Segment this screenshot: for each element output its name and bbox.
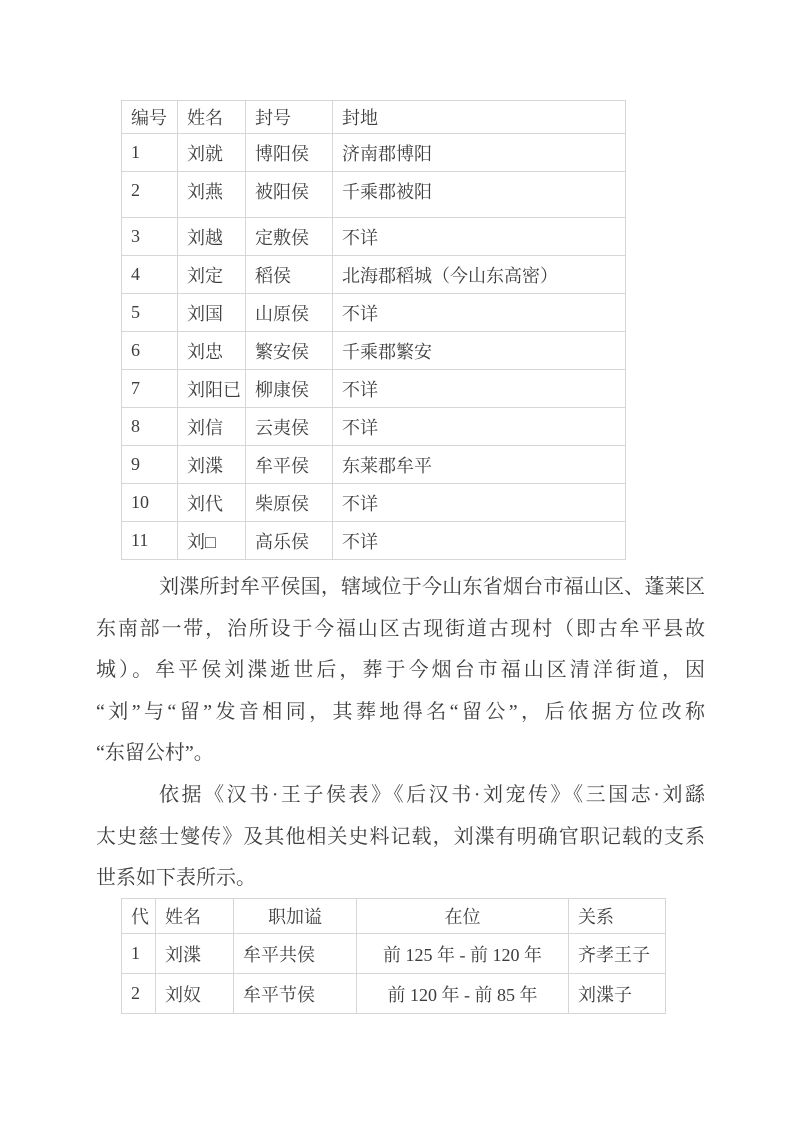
paragraph-sources: 依据《汉书·王子侯表》《后汉书·刘宠传》《三国志·刘繇 太史慈士燮传》及其他相关…	[96, 775, 705, 900]
cell: 济南郡博阳	[333, 134, 626, 172]
column-header-number: 编号	[122, 101, 178, 134]
table-row: 4 刘定 稻侯 北海郡稻城（今山东高密）	[122, 256, 626, 294]
body-text: 刘渫所封牟平侯国，辖域位于今山东省烟台市福山区、蓬莱区 东南部一带，治所设于今福…	[96, 567, 705, 900]
cell: 3	[122, 218, 178, 256]
cell: 刘越	[178, 218, 246, 256]
column-header-reign: 在位	[357, 899, 569, 934]
cell: 博阳侯	[246, 134, 333, 172]
cell: 11	[122, 522, 178, 560]
table-row: 8 刘信 云夷侯 不详	[122, 408, 626, 446]
cell: 不详	[333, 294, 626, 332]
cell: 不详	[333, 484, 626, 522]
table-row: 2 刘燕 被阳侯 千乘郡被阳	[122, 172, 626, 218]
cell: 刘□	[178, 522, 246, 560]
cell: 不详	[333, 370, 626, 408]
cell: 山原侯	[246, 294, 333, 332]
cell: 不详	[333, 408, 626, 446]
column-header-title-posthumous: 职加谥	[234, 899, 357, 934]
table-row: 11 刘□ 高乐侯 不详	[122, 522, 626, 560]
table-row: 2 刘奴 牟平节侯 前 120 年 - 前 85 年 刘渫子	[122, 974, 666, 1014]
column-header-title: 封号	[246, 101, 333, 134]
cell: 刘国	[178, 294, 246, 332]
document-page: 编号 姓名 封号 封地 1 刘就 博阳侯 济南郡博阳 2 刘燕 被阳侯 千乘郡被…	[0, 0, 800, 1131]
cell: 1	[122, 934, 156, 974]
table-row: 9 刘渫 牟平侯 东莱郡牟平	[122, 446, 626, 484]
cell: 柳康侯	[246, 370, 333, 408]
cell: 不详	[333, 218, 626, 256]
cell: 千乘郡被阳	[333, 172, 626, 218]
paragraph-line: 东南部一带，治所设于今福山区古现街道古现村（即古牟平县故	[96, 609, 705, 651]
cell: 9	[122, 446, 178, 484]
paragraph-line: “东留公村”。	[96, 733, 705, 775]
paragraph-line: 城）。牟平侯刘渫逝世后，葬于今烟台市福山区清洋街道，因	[96, 650, 705, 692]
cell: 刘定	[178, 256, 246, 294]
cell: 8	[122, 408, 178, 446]
cell: 2	[122, 974, 156, 1014]
paragraph-line: 世系如下表所示。	[96, 858, 705, 900]
cell: 刘代	[178, 484, 246, 522]
table-row: 3 刘越 定敷侯 不详	[122, 218, 626, 256]
paragraph-history: 刘渫所封牟平侯国，辖域位于今山东省烟台市福山区、蓬莱区 东南部一带，治所设于今福…	[96, 567, 705, 775]
cell: 齐孝王子	[569, 934, 666, 974]
paragraph-line: 太史慈士燮传》及其他相关史料记载，刘渫有明确官职记载的支系	[96, 817, 705, 859]
cell: 刘渫	[178, 446, 246, 484]
table-header-row: 编号 姓名 封号 封地	[122, 101, 626, 134]
cell: 7	[122, 370, 178, 408]
cell: 繁安侯	[246, 332, 333, 370]
cell: 东莱郡牟平	[333, 446, 626, 484]
cell: 5	[122, 294, 178, 332]
cell: 4	[122, 256, 178, 294]
cell: 高乐侯	[246, 522, 333, 560]
cell: 刘燕	[178, 172, 246, 218]
cell: 牟平侯	[246, 446, 333, 484]
table-row: 10 刘代 柴原侯 不详	[122, 484, 626, 522]
table-row: 1 刘就 博阳侯 济南郡博阳	[122, 134, 626, 172]
table-row: 1 刘渫 牟平共侯 前 125 年 - 前 120 年 齐孝王子	[122, 934, 666, 974]
table-row: 5 刘国 山原侯 不详	[122, 294, 626, 332]
feoffment-table: 编号 姓名 封号 封地 1 刘就 博阳侯 济南郡博阳 2 刘燕 被阳侯 千乘郡被…	[121, 100, 626, 560]
cell: 牟平节侯	[234, 974, 357, 1014]
cell: 云夷侯	[246, 408, 333, 446]
lineage-table: 代 姓名 职加谥 在位 关系 1 刘渫 牟平共侯 前 125 年 - 前 120…	[121, 898, 666, 1014]
cell: 1	[122, 134, 178, 172]
cell: 前 120 年 - 前 85 年	[357, 974, 569, 1014]
paragraph-line: “刘”与“留”发音相同，其葬地得名“留公”，后依据方位改称	[96, 692, 705, 734]
cell: 千乘郡繁安	[333, 332, 626, 370]
column-header-name: 姓名	[178, 101, 246, 134]
paragraph-line: 刘渫所封牟平侯国，辖域位于今山东省烟台市福山区、蓬莱区	[96, 567, 705, 609]
cell: 稻侯	[246, 256, 333, 294]
cell: 北海郡稻城（今山东高密）	[333, 256, 626, 294]
cell: 前 125 年 - 前 120 年	[357, 934, 569, 974]
table-row: 7 刘阳已 柳康侯 不详	[122, 370, 626, 408]
column-header-relation: 关系	[569, 899, 666, 934]
cell: 刘阳已	[178, 370, 246, 408]
table-header-row: 代 姓名 职加谥 在位 关系	[122, 899, 666, 934]
cell: 刘奴	[156, 974, 234, 1014]
paragraph-line: 依据《汉书·王子侯表》《后汉书·刘宠传》《三国志·刘繇	[96, 775, 705, 817]
cell: 刘就	[178, 134, 246, 172]
cell: 柴原侯	[246, 484, 333, 522]
cell: 被阳侯	[246, 172, 333, 218]
column-header-fief: 封地	[333, 101, 626, 134]
cell: 刘信	[178, 408, 246, 446]
column-header-generation: 代	[122, 899, 156, 934]
cell: 10	[122, 484, 178, 522]
cell: 刘渫	[156, 934, 234, 974]
cell: 6	[122, 332, 178, 370]
cell: 牟平共侯	[234, 934, 357, 974]
table-row: 6 刘忠 繁安侯 千乘郡繁安	[122, 332, 626, 370]
cell: 刘渫子	[569, 974, 666, 1014]
cell: 刘忠	[178, 332, 246, 370]
column-header-name: 姓名	[156, 899, 234, 934]
cell: 定敷侯	[246, 218, 333, 256]
cell: 不详	[333, 522, 626, 560]
cell: 2	[122, 172, 178, 218]
